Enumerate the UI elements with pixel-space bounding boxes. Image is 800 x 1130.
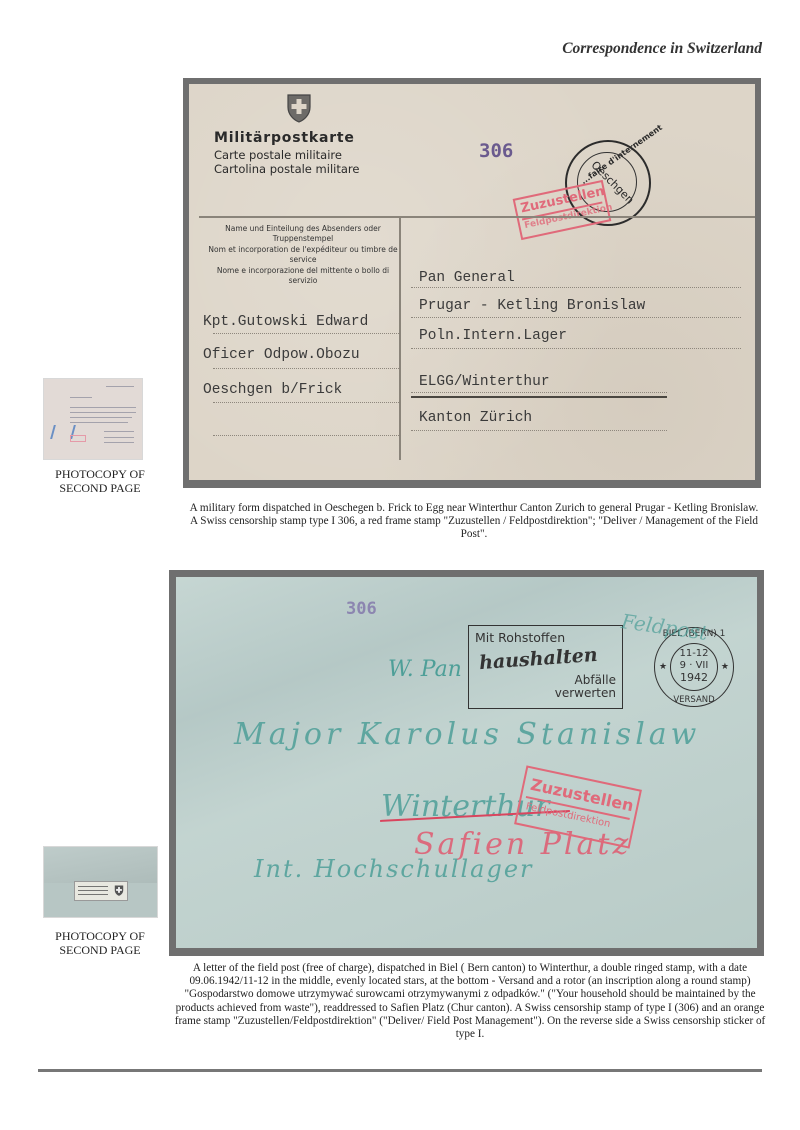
postmark-time: 11-12 [655, 648, 733, 659]
censor-stamp: 306 [479, 140, 513, 162]
zuzustellen-frame-stamp: Zuzustellen Feldpostdirektion [513, 180, 612, 240]
star-icon: ★ [659, 662, 667, 672]
recipient-line-3: Poln.Intern.Lager [419, 328, 567, 344]
censorship-sticker [74, 881, 128, 901]
sender-line-3: Oeschgen b/Frick [203, 382, 342, 398]
dotted-line [411, 392, 667, 393]
postcard-caption: A military form dispatched in Oeschegen … [185, 502, 763, 542]
postmark-year: 1942 [655, 672, 733, 683]
sender-line-1: Kpt.Gutowski Edward [203, 314, 368, 330]
form-divider [199, 216, 755, 218]
dotted-line [411, 430, 667, 431]
dotted-line [213, 368, 399, 369]
sender-line-2: Oficer Odpow.Obozu [203, 347, 360, 363]
slogan-line2: haushalten [478, 644, 598, 674]
second-page-thumbnail[interactable] [43, 846, 158, 918]
envelope-frame: 306 Mit Rohstoffen haushalten Abfälle ve… [169, 570, 764, 956]
thumbnail-label: PHOTOCOPY OF SECOND PAGE [30, 929, 170, 957]
thumbnail-label: PHOTOCOPY OF SECOND PAGE [30, 467, 170, 495]
censor-stamp: 306 [346, 599, 377, 619]
recipient-line-1: Pan General [419, 270, 515, 286]
page-title: Correspondence in Switzerland [562, 40, 762, 58]
recipient-line-2: Prugar - Ketling Bronislaw [419, 298, 645, 314]
thumbnail-label-line2: SECOND PAGE [30, 481, 170, 495]
swiss-shield-icon [114, 884, 124, 897]
star-icon: ★ [721, 662, 729, 672]
footer-divider [38, 1069, 762, 1072]
swiss-shield-icon [286, 93, 312, 123]
slogan-line1: Mit Rohstoffen [475, 630, 565, 645]
sender-field-label: Name und Einteilung des Absenders oder T… [205, 224, 401, 287]
envelope-caption: A letter of the field post (free of char… [170, 962, 770, 1041]
dotted-line [213, 402, 399, 403]
dotted-line [411, 317, 741, 318]
sender-label-fr: Nom et incorporation de l'expéditeur ou … [205, 245, 401, 264]
form-subtitle-fr: Carte postale militaire [214, 148, 342, 162]
form-title: Militärpostkarte [214, 130, 355, 146]
thumbnail-label-line1: PHOTOCOPY OF [30, 467, 170, 481]
postmark-bottom-text: VERSAND [655, 695, 733, 705]
form-subtitle-it: Cartolina postale militare [214, 162, 359, 176]
handwriting-w-pan: W. Pan [388, 657, 462, 682]
dotted-line [411, 348, 741, 349]
thumbnail-label-line1: PHOTOCOPY OF [30, 929, 170, 943]
second-page-thumbnail[interactable] [43, 378, 143, 460]
recipient-line-4: ELGG/Winterthur [419, 374, 550, 390]
slogan-cancel: Mit Rohstoffen haushalten Abfälle verwer… [468, 625, 623, 709]
dotted-line [213, 435, 399, 436]
field-post-envelope: 306 Mit Rohstoffen haushalten Abfälle ve… [176, 577, 757, 948]
sender-label-de: Name und Einteilung des Absenders oder T… [205, 224, 401, 243]
slogan-line4: verwerten [555, 687, 616, 700]
slogan-lines-bottom: Abfälle verwerten [555, 674, 616, 700]
postcard-frame: Militärpostkarte Carte postale militaire… [183, 78, 761, 488]
handwriting-recipient-name: Major Karolus Stanislaw [234, 717, 700, 752]
thumbnail-label-line2: SECOND PAGE [30, 943, 170, 957]
recipient-line-5: Kanton Zürich [419, 410, 532, 426]
handwriting-camp: Int. Hochschullager [254, 855, 534, 883]
military-postcard: Militärpostkarte Carte postale militaire… [189, 84, 755, 480]
dotted-line [213, 333, 399, 334]
sender-label-it: Nome e incorporazione del mittente o bol… [205, 266, 401, 285]
dotted-line [411, 287, 741, 288]
underline [411, 396, 667, 398]
